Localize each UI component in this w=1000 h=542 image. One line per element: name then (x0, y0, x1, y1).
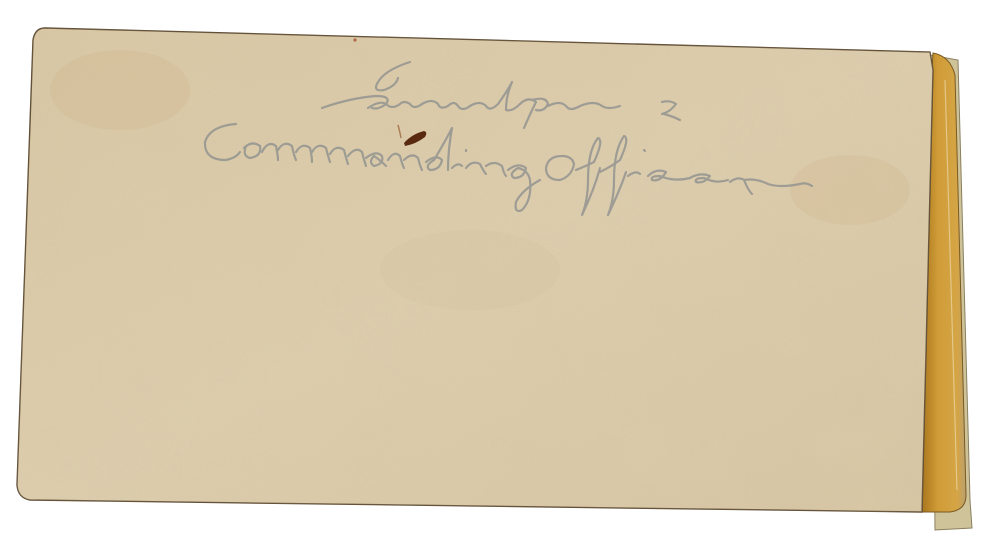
photo-scene: Grandpa's Commanding Officer (0, 0, 1000, 542)
antique-card (0, 0, 1000, 542)
